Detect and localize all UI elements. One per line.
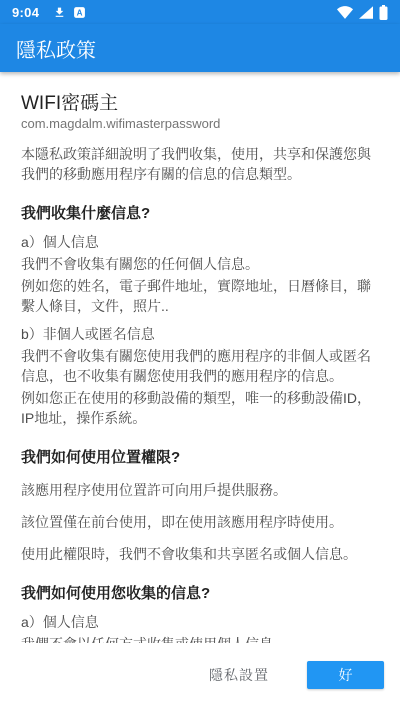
dialog-button-bar: 隱私設置 好 (0, 643, 400, 710)
policy-paragraph: b）非個人或匿名信息 (21, 324, 379, 344)
policy-paragraph: 我們不會以任何方式收集或使用個人信息。 (21, 634, 379, 643)
policy-paragraph: 使用此權限時，我們不會收集和共享匿名或個人信息。 (21, 544, 379, 564)
section-heading-location-permission: 我們如何使用位置權限? (21, 448, 379, 468)
svg-text:A: A (77, 8, 83, 17)
ok-button[interactable]: 好 (307, 661, 384, 689)
status-bar-right (331, 5, 388, 20)
policy-scroll-area[interactable]: WIFI密碼主 com.magdalm.wifimasterpassword 本… (0, 72, 400, 643)
package-name: com.magdalm.wifimasterpassword (21, 116, 379, 132)
status-bar: 9:04 A (0, 0, 400, 24)
app-bar: 隱私政策 (0, 24, 400, 72)
policy-paragraph: 該位置僅在前台使用，即在使用該應用程序時使用。 (21, 512, 379, 532)
cell-signal-icon (359, 6, 373, 19)
policy-paragraph: 該應用程序使用位置許可向用戶提供服務。 (21, 480, 379, 500)
wifi-icon (337, 6, 353, 19)
section-heading-how-we-use-info: 我們如何使用您收集的信息? (21, 584, 379, 604)
intro-paragraph: 本隱私政策詳細說明了我們收集，使用，共享和保護您與我們的移動應用程序有關的信息的… (21, 144, 379, 184)
page-title: 隱私政策 (16, 34, 96, 63)
section-heading-what-we-collect: 我們收集什麼信息? (21, 204, 379, 224)
policy-paragraph: a）個人信息 (21, 232, 379, 252)
privacy-policy-screen: 9:04 A 隱私政策 WIFI密碼主 com.magdalm.wifimast… (0, 0, 400, 710)
policy-paragraph: a）個人信息 (21, 612, 379, 632)
privacy-settings-button[interactable]: 隱私設置 (201, 659, 277, 691)
policy-paragraph: 例如您正在使用的移動設備的類型，唯一的移動設備ID，IP地址，操作系統。 (21, 388, 379, 428)
status-time: 9:04 (12, 5, 39, 20)
battery-icon (379, 5, 388, 20)
download-icon (53, 6, 66, 19)
policy-paragraph: 我們不會收集有關您使用我們的應用程序的非個人或匿名信息，也不收集有關您使用我們的… (21, 346, 379, 386)
app-name: WIFI密碼主 (21, 92, 379, 116)
policy-paragraph: 我們不會收集有關您的任何個人信息。 (21, 254, 379, 274)
auto-update-icon: A (73, 6, 86, 19)
policy-paragraph: 例如您的姓名，電子郵件地址，實際地址，日曆條目，聯繫人條目，文件，照片.. (21, 276, 379, 316)
